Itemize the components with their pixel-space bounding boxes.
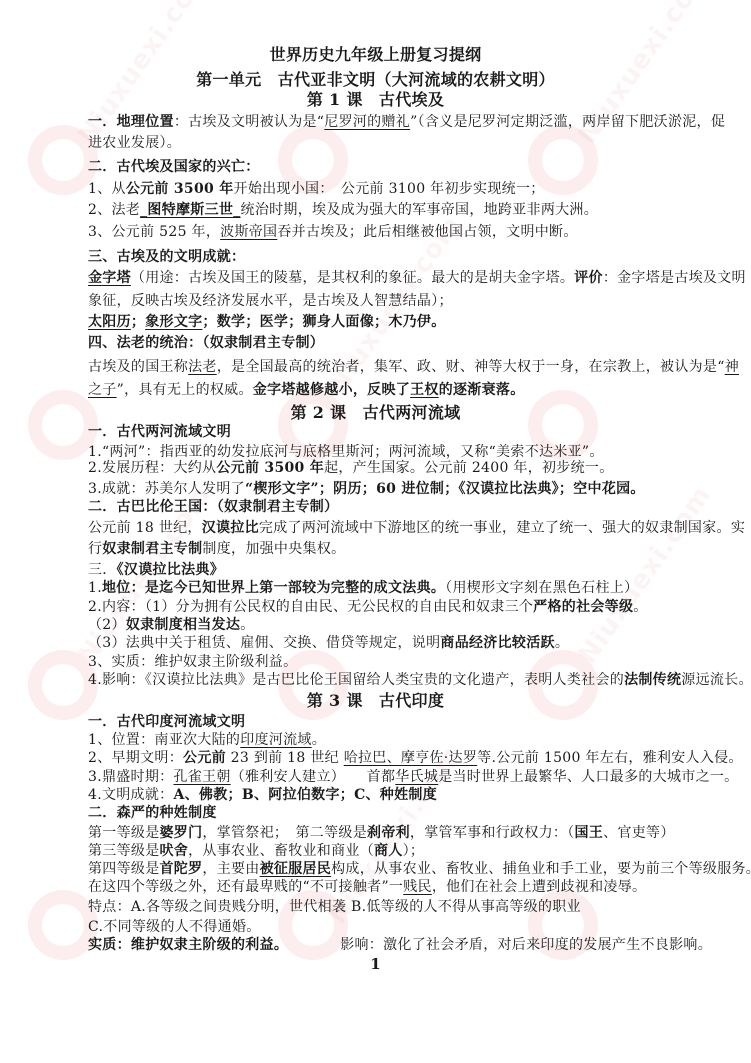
text: 起，产生国家。公元前 2400 年，初步统一。 [324, 460, 613, 476]
text: 制度，加强中央集权。 [202, 541, 345, 557]
text: ）； [403, 843, 425, 859]
text: 4.影响：《汉谟拉比法典》是古巴比伦王国留给人类宝贵的文化遗产，表明人类社会的 [88, 672, 624, 688]
key-term: 奴隶制度相当发达 [126, 617, 240, 633]
text: 三． [88, 562, 117, 578]
text-line: C.不同等级的人不得通婚。 [88, 918, 668, 936]
text: 源远流长。 [681, 672, 751, 688]
text-line: 3、实质：维护奴隶主阶级利益。 [88, 653, 668, 671]
page-number: 1 [0, 955, 751, 973]
text-line: 1、从公元前 3500 年开始出现小国： 公元前 3100 年初步实现统一； [88, 180, 668, 198]
text-line: 行奴隶制君主专制制度，加强中央集权。 [88, 540, 668, 558]
text: 金字塔越修越小，反映了 [253, 382, 410, 398]
section-heading: 二．古巴比伦王国：（奴隶制君主专制） [88, 498, 668, 516]
key-term: 法制传统 [624, 672, 681, 688]
text: （3）法典中关于租赁、雇佣、交换、借贷等规定，说明 [88, 635, 440, 651]
section-heading: 二．森严的种姓制度 [88, 804, 668, 822]
text: ，掌管军事和行政权力：（ [410, 825, 575, 841]
text-line: 3、公元前 525 年，波斯帝国吞并古埃及；此后相继被他国占领，文明中断。 [88, 223, 668, 241]
text-line: 实质：维护奴隶主阶级的利益。影响：激化了社会矛盾，对后来印度的发展产生不良影响。 [88, 936, 668, 954]
text-line: 1.地位：是迄今已知世界上第一部较为完整的成文法典。（用楔形文字刻在黑色石柱上） [88, 579, 668, 597]
key-term: 严格的社会等级 [533, 599, 633, 615]
key-term: 首陀罗 [160, 861, 203, 877]
text: 在这四个等级之外，还有最卑贱的“不可接触者”一 [88, 879, 403, 895]
text: （用途：古埃及国王的陵墓，是其权利的象征。最大的是胡夫金字塔。 [131, 270, 574, 286]
text-line: 2.发展历程：大约从公元前 3500 年起，产生国家。公元前 2400 年，初步… [88, 459, 668, 477]
key-term: 公元前 3500 年 [216, 460, 324, 476]
section-heading: 二．古代埃及国家的兴亡： [88, 158, 668, 176]
text-line: 2、早期文明：公元前 23 到前 18 世纪 哈拉巴、摩亨佐·达罗等.公元前 1… [88, 749, 668, 767]
text-line: 第四等级是首陀罗，主要由被征服居民构成，从事农业、畜牧业、捕鱼业和手工业，要为前… [88, 860, 668, 878]
text-line: 金字塔（用途：古埃及国王的陵墓，是其权利的象征。最大的是胡夫金字塔。评价：金字塔… [88, 269, 668, 287]
text-line: 1、位置：南亚次大陆的印度河流域。 [88, 731, 668, 749]
text: ”，具有无上的权威。 [117, 382, 253, 398]
text-line: （3）法典中关于租赁、雇佣、交换、借贷等规定，说明商品经济比较活跃。 [88, 634, 668, 652]
text-line: 2、法老_图特摩斯三世_统治时期，埃及成为强大的军事帝国，地跨亚非两大洲。 [88, 201, 668, 219]
text-line: 4.影响：《汉谟拉比法典》是古巴比伦王国留给人类宝贵的文化遗产，表明人类社会的法… [88, 671, 668, 689]
key-term: “楔形文字”；阴历；60 进位制；《汉谟拉比法典》；空中花园。 [245, 481, 645, 497]
text: 公元前 18 世纪， [88, 520, 202, 536]
text: 3.鼎盛时期： [88, 769, 173, 785]
key-term: 之子 [88, 382, 117, 398]
text: 。 [240, 617, 254, 633]
text: 2、法老 [88, 202, 140, 218]
text-line: 太阳历；象形文字；数学；医学；狮身人面像；木乃伊。 [88, 313, 668, 331]
text: 1、位置：南亚次大陆的 [88, 732, 240, 748]
key-term: 哈拉巴、摩亨佐·达罗 [344, 750, 477, 766]
lesson1-geo-line: 一．地理位置：古埃及文明被认为是“尼罗河的赠礼”（含义是尼罗河定期泛滥，两岸留下… [88, 113, 668, 131]
text-line: 在这四个等级之外，还有最卑贱的“不可接触者”一贱民，他们在社会上遭到歧视和凌辱。 [88, 878, 668, 896]
key-term: 太阳历 [88, 314, 131, 330]
key-term: 汉谟拉比 [202, 520, 259, 536]
text-line: 古埃及的国王称法老，是全国最高的统治者，集军、政、财、神等大权于一身，在宗教上，… [88, 358, 668, 376]
key-term: 地位：是迄今已知世界上第一部较为完整的成文法典。 [102, 580, 445, 596]
key-term: 国王 [575, 825, 604, 841]
text: 行 [88, 541, 102, 557]
text: 是当时世界上最繁华、人口最多的大城市之一。 [438, 769, 738, 785]
section-heading: 三．《汉谟拉比法典》 [88, 561, 668, 579]
text-line: 2.内容：（1）分为拥有公民权的自由民、无公民权的自由民和奴隶三个严格的社会等级… [88, 598, 668, 616]
text: 吞并古埃及；此后相继被他国占领，文明中断。 [277, 224, 577, 240]
text: ，他们在社会上遭到歧视和凌辱。 [432, 879, 647, 895]
text-line: 之子”，具有无上的权威。金字塔越修越小，反映了王权的逐渐衰落。 [88, 381, 668, 399]
text-line: 4.文明成就：A、佛教；B、阿拉伯数字；C、种姓制度 [88, 786, 668, 804]
lesson1-heading: 第 1 课 古代埃及 [0, 91, 751, 109]
text-line: 3.鼎盛时期：孔雀王朝（雅利安人建立） 首都华氏城是当时世界上最繁华、人口最多的… [88, 768, 668, 786]
key-term: 奴隶制君主专制 [102, 541, 202, 557]
unit-heading: 第一单元 古代亚非文明（大河流域的农耕文明） [0, 71, 751, 89]
text: ，主要由 [202, 861, 259, 877]
key-term: 公元前 [183, 750, 226, 766]
text: ”（含义是尼罗河定期泛滥，两岸留下肥沃淤泥，促 [410, 114, 725, 130]
key-term: 公元前 3500 年 [126, 181, 234, 197]
text: ； [131, 314, 145, 330]
text: （2） [88, 617, 126, 633]
text: 。 [555, 635, 569, 651]
key-term: 评价 [574, 270, 603, 286]
key-term: 吠舍 [160, 843, 189, 859]
text-line: 3.成就：苏美尔人发明了“楔形文字”；阴历；60 进位制；《汉谟拉比法典》；空中… [88, 480, 668, 498]
text: 构成，从事农业、畜牧业、捕鱼业和手工业，要为前三个等级服务。 [331, 861, 751, 877]
text: 影响：激化了社会矛盾，对后来印度的发展产生不良影响。 [340, 937, 712, 953]
key-term: 王权 [410, 382, 439, 398]
text: 3.成就：苏美尔人发明了 [88, 481, 245, 497]
text: 1. [88, 580, 102, 596]
key-term: 法老 [188, 359, 217, 375]
text: 完成了两河流域中下游地区的统一事业，建立了统一、强大的奴隶制国家。实 [259, 520, 745, 536]
text: 。 [312, 732, 326, 748]
text: 统治时期，埃及成为强大的军事帝国，地跨亚非两大洲。 [241, 202, 599, 218]
key-term: 被征服居民 [260, 861, 332, 877]
text: 1、从 [88, 181, 126, 197]
text: 23 到前 18 世纪 [226, 750, 344, 766]
text: ：金字塔是古埃及文明 [603, 270, 746, 286]
text: 第三等级是 [88, 843, 160, 859]
text-line: 象征，反映古埃及经济发展水平，是古埃及人智慧结晶）； [88, 292, 668, 310]
text: （用楔形文字刻在黑色石柱上） [445, 580, 638, 596]
text: ：古埃及文明被认为是“ [174, 114, 324, 130]
text: 4.文明成就： [88, 787, 173, 803]
key-term: 实质：维护奴隶主阶级的利益。 [88, 937, 288, 953]
section-heading: 四、法老的统治：（奴隶制君主专制） [88, 334, 668, 352]
text-line: 第三等级是吠舍，从事农业、畜牧业和商业（商人）； [88, 842, 668, 860]
text: 第四等级是 [88, 861, 160, 877]
key-term: 商品经济比较活跃 [440, 635, 554, 651]
key-term: 神 [725, 359, 739, 375]
text-line: 进农业发展）。 [88, 134, 668, 152]
text: 的逐渐衰落。 [439, 382, 525, 398]
text: （雅利安人建立） 首都 [231, 769, 396, 785]
text: ；数学；医学；狮身人面像；木乃伊。 [202, 314, 445, 330]
section-heading: 一．古代两河流域文明 [88, 423, 668, 441]
text: ，从事农业、畜牧业和商业（ [188, 843, 374, 859]
lesson3-heading: 第 3 课 古代印度 [0, 692, 751, 710]
key-term: 婆罗门 [160, 825, 203, 841]
key-term: 金字塔 [88, 270, 131, 286]
text: ，掌管祭祀； 第二等级是 [202, 825, 367, 841]
text: 古埃及的国王称 [88, 359, 188, 375]
document-title: 世界历史九年级上册复习提纲 [0, 46, 751, 64]
text-line: （2）奴隶制度相当发达。 [88, 616, 668, 634]
lesson2-heading: 第 2 课 古代两河流域 [0, 404, 751, 422]
text: 、官吏等） [603, 825, 675, 841]
text-line: 第一等级是婆罗门，掌管祭祀； 第二等级是刹帝利，掌管军事和行政权力：（国王、官吏… [88, 824, 668, 842]
text: 2、早期文明： [88, 750, 183, 766]
key-term: A、佛教；B、阿拉伯数字；C、种姓制度 [173, 787, 437, 803]
key-term: 《汉谟拉比法典》 [117, 562, 224, 578]
key-term: 印度河流域 [240, 732, 312, 748]
text-line: 特点：A.各等级之间贵贱分明，世代相袭 B.低等级的人不得从事高等级的职业 [88, 898, 668, 916]
key-term: 尼罗河的赠礼 [324, 114, 410, 130]
key-term: 贱民 [403, 879, 432, 895]
text: 第一等级是 [88, 825, 160, 841]
section-heading: 三、古埃及的文明成就： [88, 248, 668, 266]
section-label: 一．地理位置 [88, 114, 174, 130]
key-term: 刹帝利 [367, 825, 410, 841]
key-term: 象形文字 [145, 314, 202, 330]
key-term: 孔雀王朝 [173, 769, 230, 785]
key-term: 波斯帝国 [220, 224, 277, 240]
text: 2.发展历程：大约从 [88, 460, 216, 476]
key-term: 商人 [374, 843, 403, 859]
text: 开始出现小国： 公元前 3100 年初步实现统一； [234, 181, 545, 197]
text: 等.公元前 1500 年左右，雅利安人入侵。 [477, 750, 743, 766]
text: ，是全国最高的统治者，集军、政、财、神等大权于一身，在宗教上，被认为是“ [217, 359, 725, 375]
text-line: 公元前 18 世纪，汉谟拉比完成了两河流域中下游地区的统一事业，建立了统一、强大… [88, 519, 668, 537]
text: 。 [633, 599, 647, 615]
text: 2.内容：（1）分为拥有公民权的自由民、无公民权的自由民和奴隶三个 [88, 599, 533, 615]
document-page: 世界历史九年级上册复习提纲 第一单元 古代亚非文明（大河流域的农耕文明） 第 1… [0, 0, 751, 1063]
key-term: _图特摩斯三世_ [140, 202, 240, 218]
key-term: 华氏城 [395, 769, 438, 785]
section-heading: 一．古代印度河流域文明 [88, 713, 668, 731]
text: 3、公元前 525 年， [88, 224, 220, 240]
